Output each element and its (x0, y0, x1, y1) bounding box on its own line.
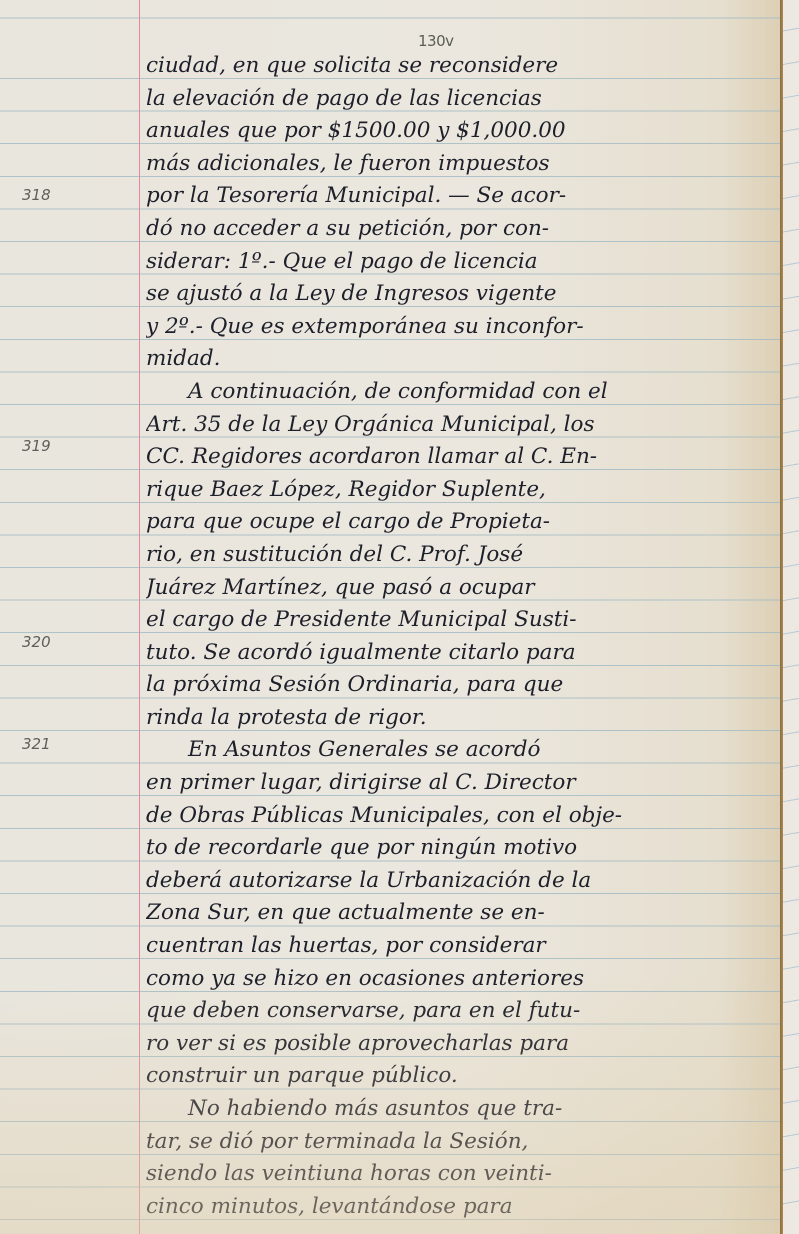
text-line: to de recordarle que por ningún motivo (146, 832, 774, 865)
text-line: tuto. Se acordó igualmente citarlo para (146, 637, 774, 670)
text-line: rio, en sustitución del C. Prof. José (146, 539, 774, 572)
text-line: Juárez Martínez, que pasó a ocupar (146, 572, 774, 605)
red-margin-line (139, 0, 140, 1234)
text-line: rique Baez López, Regidor Suplente, (146, 474, 774, 507)
text-line: la elevación de pago de las licencias (146, 83, 774, 116)
text-line: ro ver si es posible aprovecharlas para (146, 1028, 774, 1061)
margin-item-number: 318 (22, 186, 51, 204)
text-line: CC. Regidores acordaron llamar al C. En- (146, 441, 774, 474)
text-line: ciudad, en que solicita se reconsidere (146, 50, 774, 83)
text-line: en primer lugar, dirigirse al C. Directo… (146, 767, 774, 800)
text-line: construir un parque público. (146, 1060, 774, 1093)
text-line: para que ocupe el cargo de Propieta- (146, 506, 774, 539)
text-line: y 2º.- Que es extemporánea su inconfor- (146, 311, 774, 344)
text-line: de Obras Públicas Municipales, con el ob… (146, 800, 774, 833)
text-line: como ya se hizo en ocasiones anteriores (146, 963, 774, 996)
text-line: No habiendo más asuntos que tra- (146, 1093, 774, 1126)
text-line: el cargo de Presidente Municipal Susti- (146, 604, 774, 637)
text-line: la próxima Sesión Ordinaria, para que (146, 669, 774, 702)
text-line: cuentran las huertas, por considerar (146, 930, 774, 963)
text-line: cinco minutos, levantándose para (146, 1191, 774, 1224)
ledger-page: 130v 318319320321 ciudad, en que solicit… (0, 0, 782, 1234)
text-line: A continuación, de conformidad con el (146, 376, 774, 409)
text-line: rinda la protesta de rigor. (146, 702, 774, 735)
text-line: anuales que por $1500.00 y $1,000.00 (146, 115, 774, 148)
text-line: dó no acceder a su petición, por con- (146, 213, 774, 246)
margin-item-number: 319 (22, 437, 51, 455)
margin-item-number: 320 (22, 633, 51, 651)
text-line: Art. 35 de la Ley Orgánica Municipal, lo… (146, 409, 774, 442)
margin-item-number: 321 (22, 735, 51, 753)
text-line: midad. (146, 343, 774, 376)
handwritten-minutes-text: ciudad, en que solicita se reconsiderela… (146, 50, 774, 1223)
text-line: deberá autorizarse la Urbanización de la (146, 865, 774, 898)
text-line: que deben conservarse, para en el futu- (146, 995, 774, 1028)
text-line: por la Tesorería Municipal. — Se acor- (146, 180, 774, 213)
folio-number: 130v (418, 32, 454, 50)
text-line: siderar: 1º.- Que el pago de licencia (146, 246, 774, 279)
text-line: se ajustó a la Ley de Ingresos vigente (146, 278, 774, 311)
text-line: siendo las veintiuna horas con veinti- (146, 1158, 774, 1191)
text-line: tar, se dió por terminada la Sesión, (146, 1126, 774, 1159)
next-page-sliver (783, 0, 799, 1234)
text-line: Zona Sur, en que actualmente se en- (146, 897, 774, 930)
text-line: En Asuntos Generales se acordó (146, 734, 774, 767)
text-line: más adicionales, le fueron impuestos (146, 148, 774, 181)
